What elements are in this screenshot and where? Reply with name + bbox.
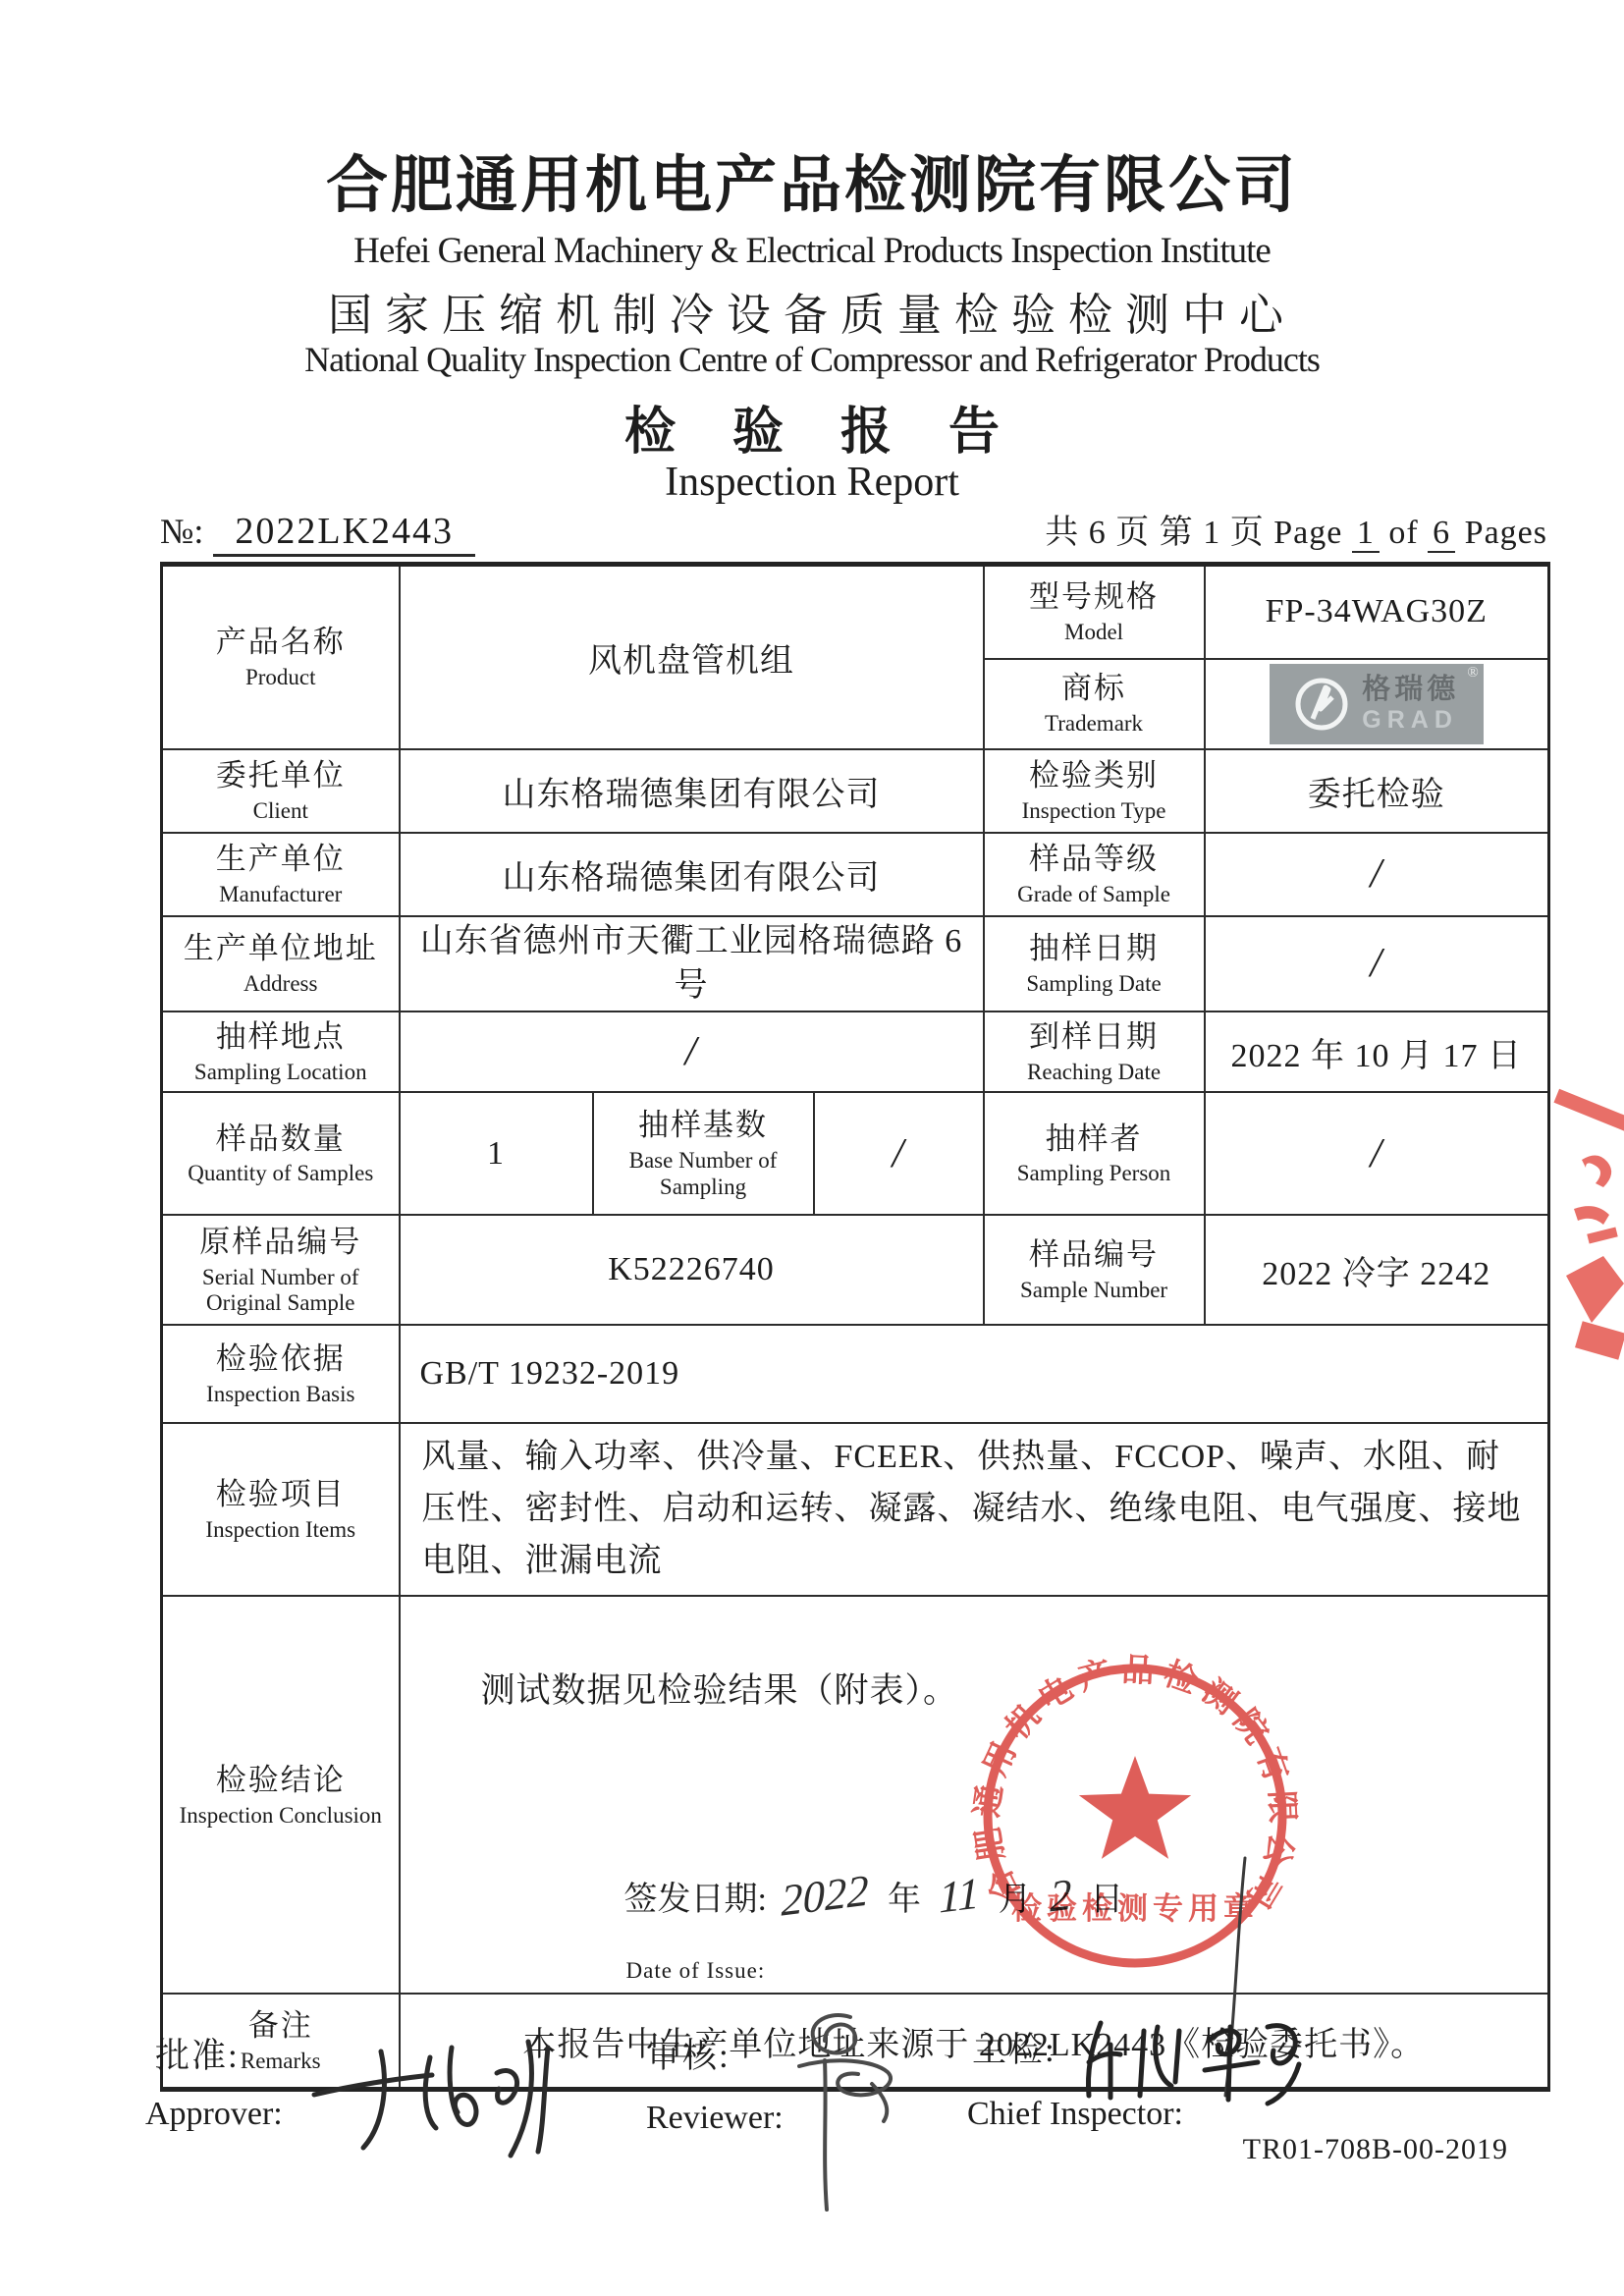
table-row: 委托单位 Client 山东格瑞德集团有限公司 检验类别 Inspection … xyxy=(162,749,1549,833)
client-value: 山东格瑞德集团有限公司 xyxy=(400,749,984,833)
inspection-type-value: 委托检验 xyxy=(1205,749,1549,833)
items-value: 风量、输入功率、供冷量、FCEER、供热量、FCCOP、噪声、水阻、耐压性、密封… xyxy=(400,1423,1549,1596)
table-row: 产品名称 Product 风机盘管机组 型号规格 Model FP-34WAG3… xyxy=(162,565,1549,659)
reaching-date-label: 到样日期 Reaching Date xyxy=(984,1011,1205,1092)
grade-value: / xyxy=(1205,833,1549,916)
table-row: 样品数量 Quantity of Samples 1 抽样基数 Base Num… xyxy=(162,1092,1549,1215)
sampling-date-value: / xyxy=(1205,916,1549,1012)
inspection-type-label: 检验类别 Inspection Type xyxy=(984,749,1205,833)
approver-signature xyxy=(304,2018,569,2165)
approver-label-cn: 批准: xyxy=(155,2029,240,2078)
base-number-label: 抽样基数 Base Number of Sampling xyxy=(593,1092,814,1215)
sampling-location-value: / xyxy=(400,1011,984,1092)
product-label: 产品名称 Product xyxy=(162,565,400,749)
chief-inspector-signature xyxy=(1075,2005,1311,2113)
address-label: 生产单位地址 Address xyxy=(162,916,400,1012)
document-code: TR01-708B-00-2019 xyxy=(1243,2133,1508,2166)
items-label: 检验项目 Inspection Items xyxy=(162,1423,400,1596)
report-number-line: №:2022LK2443 共 6 页 第 1 页 Page 1 of 6 Pag… xyxy=(160,505,1547,553)
table-row: 检验项目 Inspection Items 风量、输入功率、供冷量、FCEER、… xyxy=(162,1423,1549,1596)
date-year-handwritten: 2022 xyxy=(781,1865,869,1927)
report-table: 产品名称 Product 风机盘管机组 型号规格 Model FP-34WAG3… xyxy=(160,562,1550,2092)
quantity-label: 样品数量 Quantity of Samples xyxy=(162,1092,400,1215)
centre-name-cn: 国家压缩机制冷设备质量检验检测中心 xyxy=(0,279,1624,343)
sampling-person-value: / xyxy=(1205,1092,1549,1215)
inspection-report-page: 合肥通用机电产品检测院有限公司 Hefei General Machinery … xyxy=(0,0,1624,2296)
table-row: 生产单位地址 Address 山东省德州市天衢工业园格瑞德路 6 号 抽样日期 … xyxy=(162,916,1549,1012)
pagination-cn: 共 6 页 第 1 页 xyxy=(1045,515,1265,551)
reviewer-signature xyxy=(756,2001,923,2217)
report-number: №:2022LK2443 xyxy=(160,510,475,553)
client-label: 委托单位 Client xyxy=(162,749,400,833)
trademark-value: 格瑞德 GRAD ® xyxy=(1205,659,1549,749)
pagination-page-word: Page xyxy=(1273,515,1342,551)
pagination-total: 6 xyxy=(1428,515,1455,553)
approver-label-en: Approver: xyxy=(145,2096,283,2133)
company-name-cn: 合肥通用机电产品检测院有限公司 xyxy=(0,136,1624,225)
grad-logo-cn: 格瑞德 xyxy=(1362,676,1459,704)
pagination-current: 1 xyxy=(1352,515,1380,553)
base-number-value: / xyxy=(814,1092,984,1215)
report-title-en: Inspection Report xyxy=(0,459,1624,506)
pagination-of-word: of xyxy=(1388,515,1418,551)
conclusion-label: 检验结论 Inspection Conclusion xyxy=(162,1596,400,1994)
serial-number-label: 原样品编号 Serial Number of Original Sample xyxy=(162,1215,400,1325)
model-label: 型号规格 Model xyxy=(984,565,1205,659)
reaching-date-value: 2022 年 10 月 17 日 xyxy=(1205,1011,1549,1092)
grad-emblem-icon xyxy=(1293,676,1350,733)
table-row: 检验结论 Inspection Conclusion 测试数据见检验结果（附表）… xyxy=(162,1596,1549,1994)
pagination: 共 6 页 第 1 页 Page 1 of 6 Pages xyxy=(1045,505,1547,553)
grad-logo-en: GRAD xyxy=(1362,708,1458,733)
address-value: 山东省德州市天衢工业园格瑞德路 6 号 xyxy=(400,916,984,1012)
serial-number-value: K52226740 xyxy=(400,1215,984,1325)
manufacturer-label: 生产单位 Manufacturer xyxy=(162,833,400,916)
sampling-person-label: 抽样者 Sampling Person xyxy=(984,1092,1205,1215)
table-row: 生产单位 Manufacturer 山东格瑞德集团有限公司 样品等级 Grade… xyxy=(162,833,1549,916)
date-of-issue-label-cn: 签发日期: xyxy=(624,1882,767,1918)
basis-value: GB/T 19232-2019 xyxy=(400,1325,1549,1423)
pagination-pages-word: Pages xyxy=(1465,515,1547,551)
report-number-label: №: xyxy=(160,512,203,551)
grad-logo: 格瑞德 GRAD ® xyxy=(1270,664,1484,744)
year-char: 年 xyxy=(888,1882,921,1918)
edge-stamp-fragment xyxy=(1548,1083,1624,1373)
basis-label: 检验依据 Inspection Basis xyxy=(162,1325,400,1423)
trademark-label: 商标 Trademark xyxy=(984,659,1205,749)
reviewer-label-cn: 审核: xyxy=(646,2029,731,2078)
chief-inspector-label-cn: 主检: xyxy=(972,2023,1056,2072)
sampling-date-label: 抽样日期 Sampling Date xyxy=(984,916,1205,1012)
report-title-cn: 检验报告 xyxy=(0,390,1624,464)
product-value: 风机盘管机组 xyxy=(400,565,984,749)
stamp-star xyxy=(1079,1756,1191,1859)
sample-number-label: 样品编号 Sample Number xyxy=(984,1215,1205,1325)
report-number-value: 2022LK2443 xyxy=(213,511,475,557)
company-name-en: Hefei General Machinery & Electrical Pro… xyxy=(0,230,1624,272)
quantity-value: 1 xyxy=(400,1092,593,1215)
table-row: 检验依据 Inspection Basis GB/T 19232-2019 xyxy=(162,1325,1549,1423)
grade-label: 样品等级 Grade of Sample xyxy=(984,833,1205,916)
sample-number-value: 2022 冷字 2242 xyxy=(1205,1215,1549,1325)
sampling-location-label: 抽样地点 Sampling Location xyxy=(162,1011,400,1092)
registered-mark: ® xyxy=(1467,665,1478,682)
centre-name-en: National Quality Inspection Centre of Co… xyxy=(0,339,1624,380)
table-row: 原样品编号 Serial Number of Original Sample K… xyxy=(162,1215,1549,1325)
manufacturer-value: 山东格瑞德集团有限公司 xyxy=(400,833,984,916)
date-of-issue-label-en: Date of Issue: xyxy=(626,1958,766,1984)
model-value: FP-34WAG30Z xyxy=(1205,565,1549,659)
table-row: 抽样地点 Sampling Location / 到样日期 Reaching D… xyxy=(162,1011,1549,1092)
conclusion-text: 测试数据见检验结果（附表）。 xyxy=(481,1664,959,1713)
